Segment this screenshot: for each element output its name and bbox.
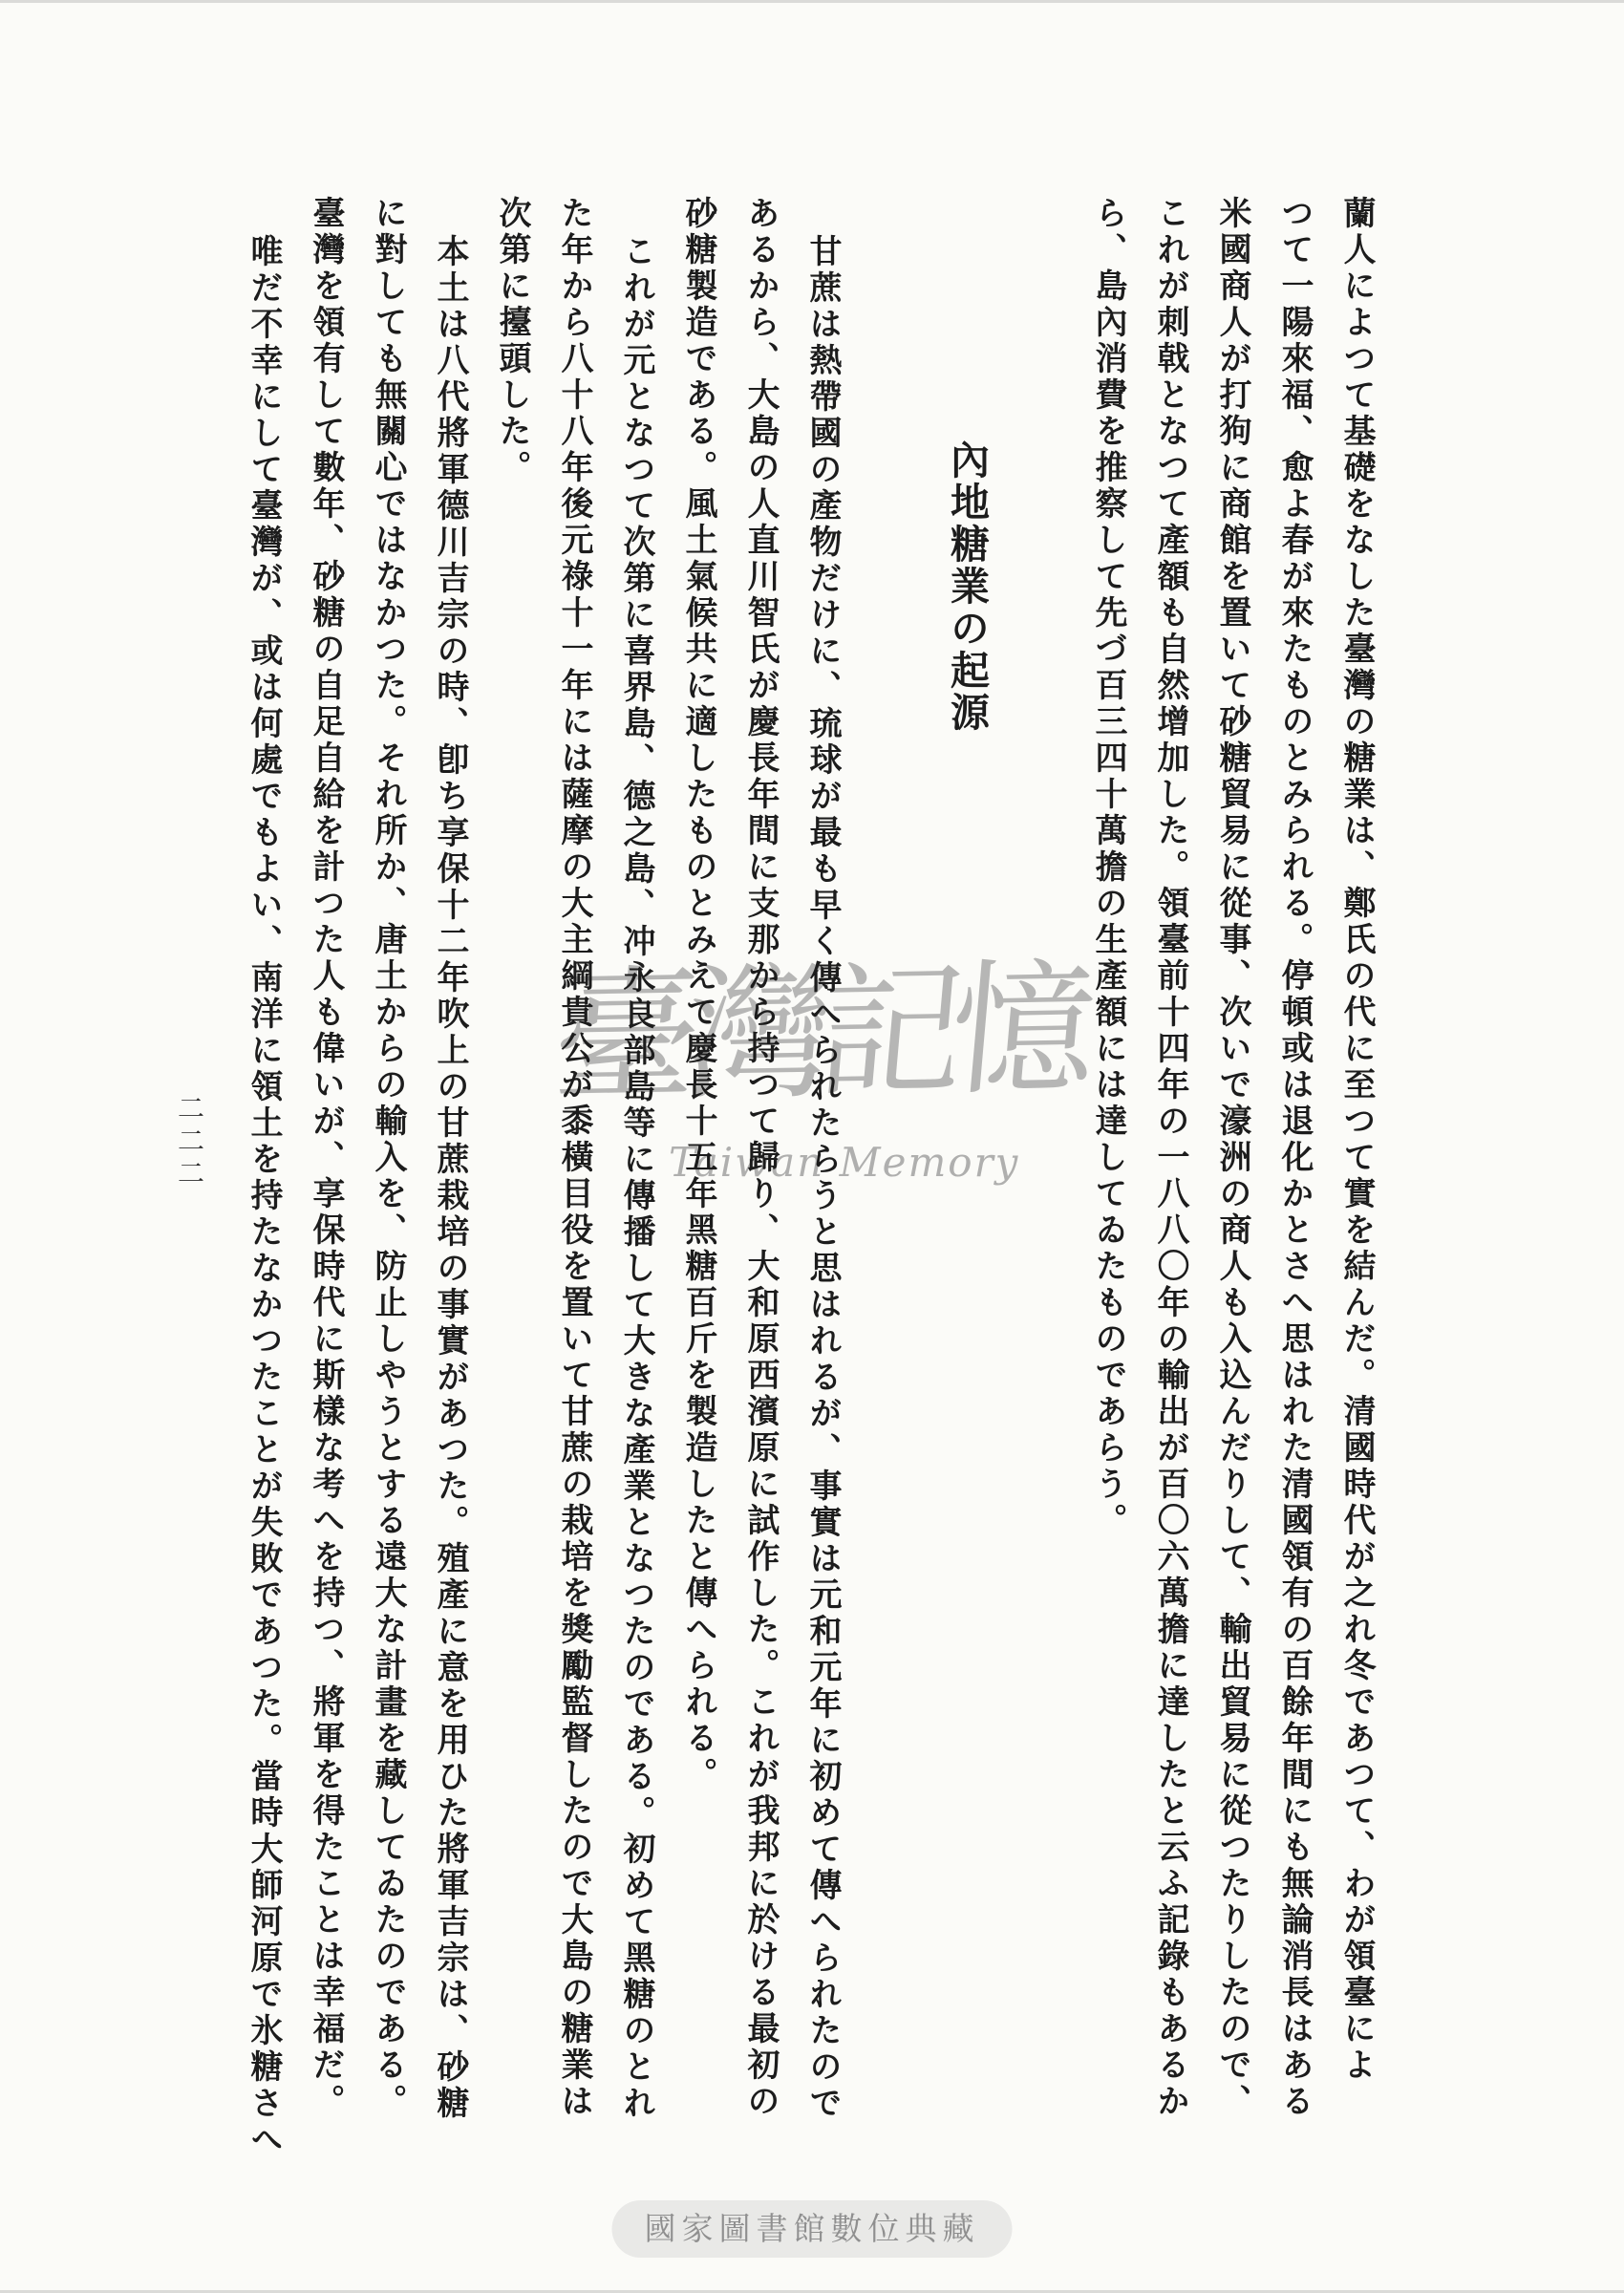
- text-column: 甘蔗は熱帶國の產物だけに、琉球が最も早く傳へられたらうと思はれるが、事實は元和元…: [791, 196, 853, 2116]
- text-column: 本土は八代將軍德川吉宗の時、卽ち享保十二年吹上の甘蔗栽培の事實があつた。殖產に意…: [418, 196, 481, 2116]
- text-column: 蘭人によつて基礎をなした臺灣の糖業は、鄭氏の代に至つて實を結んだ。清國時代が之れ…: [1325, 196, 1387, 2116]
- text-column: 次第に擡頭した。: [481, 196, 543, 2116]
- text-column: これが元となつて次第に喜界島、德之島、冲永良部島等に傳播して大きな產業となつたの…: [605, 196, 667, 2116]
- text-column: 唯だ不幸にして臺灣が、或は何處でもよい、南洋に領土を持たなかつたことが失敗であつ…: [232, 196, 294, 2116]
- text-column: つて一陽來福、愈よ春が來たものとみられる。停頓或は退化かとさへ思はれた清國領有の…: [1263, 196, 1325, 2116]
- page-number: 二二二: [170, 1094, 208, 1191]
- section-heading: 內地糖業の起源: [935, 196, 998, 2116]
- text-column: これが刺戟となつて產額も自然增加した。領臺前十四年の一八八〇年の輸出が百〇六萬擔…: [1139, 196, 1201, 2116]
- scan-edge-top: [0, 0, 1624, 3]
- library-archive-stamp: 國家圖書館數位典藏: [612, 2200, 1013, 2258]
- text-column: 砂糖製造である。風土氣候共に適したものとみえて慶長十五年黑糖百斤を製造したと傳へ…: [667, 196, 729, 2116]
- scanned-book-page: 臺灣記憶 Taiwan Memory 蘭人によつて基礎をなした臺灣の糖業は、鄭氏…: [0, 0, 1624, 2293]
- text-column: 米國商人が打狗に商館を置いて砂糖貿易に從事、次いで濠洲の商人も入込んだりして、輸…: [1201, 196, 1263, 2116]
- text-column: に對しても無關心ではなかつた。それ所か、唐土からの輸入を、防止しやうとする遠大な…: [356, 196, 418, 2116]
- text-block: 蘭人によつて基礎をなした臺灣の糖業は、鄭氏の代に至つて實を結んだ。清國時代が之れ…: [232, 196, 1387, 2116]
- text-column: あるから、大島の人直川智氏が慶長年間に支那から持つて歸り、大和原西濱原に試作した…: [729, 196, 791, 2116]
- text-column: 臺灣を領有して數年、砂糖の自足自給を計つた人も偉いが、享保時代に斯樣な考へを持つ…: [294, 196, 356, 2116]
- text-column: た年から八十八年後元祿十一年には薩摩の大主綱貴公が黍橫目役を置いて甘蔗の栽培を獎…: [543, 196, 605, 2116]
- text-column: ら、島內消費を推察して先づ百三四十萬擔の生產額には達してゐたものであらう。: [1077, 196, 1139, 2116]
